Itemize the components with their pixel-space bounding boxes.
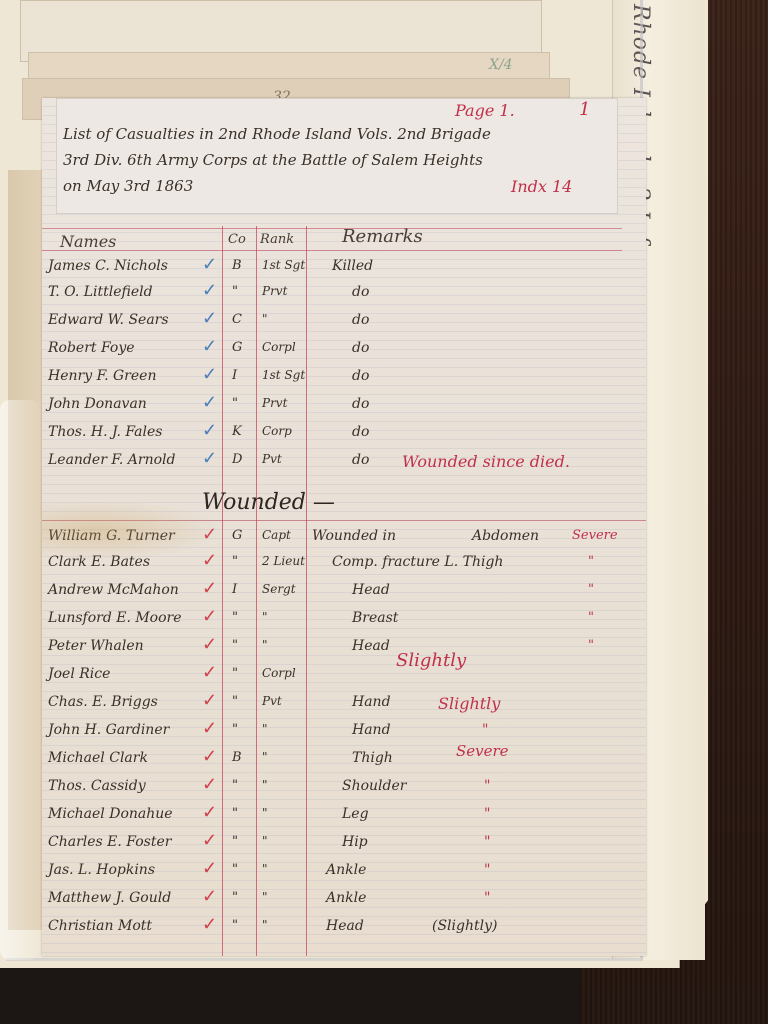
- checkmark-icon: ✓: [202, 606, 217, 627]
- soldier-name: Andrew McMahon: [48, 582, 179, 598]
- wounded-row: Christian Mott ✓ " " Head (Slightly): [42, 916, 646, 940]
- column-header-names: Names: [60, 232, 116, 251]
- wounded-row: Joel Rice ✓ " Corpl Slightly: [42, 664, 646, 688]
- company: ": [232, 284, 238, 299]
- document-title-block: Page 1. 1 List of Casualties in 2nd Rhod…: [56, 98, 618, 214]
- company: D: [232, 452, 242, 467]
- red-annotation: ": [484, 806, 490, 822]
- rank: Pvt: [262, 694, 282, 708]
- page-number: 1: [579, 99, 590, 120]
- severity: ": [588, 610, 594, 625]
- soldier-name: Lunsford E. Moore: [48, 610, 182, 626]
- killed-row: Edward W. Sears ✓ C " do: [42, 310, 646, 334]
- red-annotation: Wounded since died.: [402, 452, 570, 471]
- remark: Killed: [332, 258, 373, 274]
- checkmark-icon: ✓: [202, 774, 217, 795]
- company: ": [232, 694, 238, 709]
- rank: Corpl: [262, 340, 296, 354]
- company: ": [232, 638, 238, 653]
- remark: Head: [352, 638, 390, 654]
- severity: ": [588, 638, 594, 653]
- red-annotation: Severe: [456, 742, 509, 760]
- wounded-row: Peter Whalen ✓ " " Head ": [42, 636, 646, 660]
- remark: Comp. fracture L. Thigh: [332, 554, 503, 570]
- killed-row: Robert Foye ✓ G Corpl do: [42, 338, 646, 362]
- soldier-name: Joel Rice: [48, 666, 110, 682]
- checkmark-icon: ✓: [202, 746, 217, 767]
- remark: do: [352, 312, 369, 328]
- soldier-name: Matthew J. Gould: [48, 890, 171, 906]
- red-annotation: ": [484, 890, 490, 906]
- soldier-name: T. O. Littlefield: [48, 284, 153, 300]
- company: ": [232, 862, 238, 877]
- soldier-name: Robert Foye: [48, 340, 135, 356]
- company: G: [232, 528, 242, 543]
- title-line-3: on May 3rd 1863: [63, 177, 193, 195]
- remark: Head: [326, 918, 364, 934]
- severity: ": [588, 554, 594, 569]
- checkmark-icon: ✓: [202, 858, 217, 879]
- checkmark-icon: ✓: [202, 578, 217, 599]
- wounded-row: Michael Clark ✓ B " Thigh Severe: [42, 748, 646, 772]
- rank: ": [262, 918, 268, 932]
- remark: Leg: [342, 806, 369, 822]
- wounded-row: Michael Donahue ✓ " " Leg ": [42, 804, 646, 828]
- soldier-name: Charles E. Foster: [48, 834, 171, 850]
- remark: Shoulder: [342, 778, 406, 794]
- remark: do: [352, 284, 369, 300]
- rank: Pvt: [262, 452, 282, 466]
- title-line-2: 3rd Div. 6th Army Corps at the Battle of…: [63, 151, 483, 169]
- checkmark-icon: ✓: [202, 308, 217, 329]
- checkmark-icon: ✓: [202, 690, 217, 711]
- company: K: [232, 424, 242, 439]
- checkmark-icon: ✓: [202, 830, 217, 851]
- company: B: [232, 750, 242, 765]
- checkmark-icon: ✓: [202, 886, 217, 907]
- red-annotation: Slightly: [438, 694, 500, 713]
- rank: Corpl: [262, 666, 296, 680]
- soldier-name: Jas. L. Hopkins: [48, 862, 155, 878]
- wounded-row: Matthew J. Gould ✓ " " Ankle ": [42, 888, 646, 912]
- sleeve-glare: [0, 400, 40, 960]
- wounded-row: Jas. L. Hopkins ✓ " " Ankle ": [42, 860, 646, 884]
- wound-note: (Slightly): [432, 918, 497, 934]
- company: ": [232, 554, 238, 569]
- remark: Hand: [352, 722, 391, 738]
- red-annotation: ": [482, 722, 488, 738]
- checkmark-icon: ✓: [202, 634, 217, 655]
- company: ": [232, 396, 238, 411]
- index-note: Indx 14: [511, 177, 572, 196]
- checkmark-icon: ✓: [202, 448, 217, 469]
- killed-row: T. O. Littlefield ✓ " Prvt do: [42, 282, 646, 306]
- company: C: [232, 312, 242, 327]
- rank: Prvt: [262, 396, 287, 410]
- red-annotation: ": [484, 834, 490, 850]
- wounded-row: John H. Gardiner ✓ " " Hand ": [42, 720, 646, 744]
- checkmark-icon: ✓: [202, 420, 217, 441]
- soldier-name: Thos. H. J. Fales: [48, 424, 162, 440]
- rank: ": [262, 312, 268, 326]
- red-annotation: Slightly: [396, 650, 466, 671]
- killed-row: James C. Nichols ✓ B 1st Sgt Killed: [42, 256, 646, 280]
- remark: Hip: [342, 834, 368, 850]
- red-annotation: ": [484, 778, 490, 794]
- company: ": [232, 610, 238, 625]
- soldier-name: Thos. Cassidy: [48, 778, 146, 794]
- company: ": [232, 666, 238, 681]
- soldier-name: Christian Mott: [48, 918, 152, 934]
- rank: ": [262, 722, 268, 736]
- water-stain: [42, 500, 222, 560]
- wounded-row: Charles E. Foster ✓ " " Hip ": [42, 832, 646, 856]
- soldier-name: James C. Nichols: [48, 258, 168, 274]
- header-rule: [42, 228, 622, 229]
- wounded-row: Chas. E. Briggs ✓ " Pvt Hand Slightly: [42, 692, 646, 716]
- remark: do: [352, 368, 369, 384]
- company: ": [232, 834, 238, 849]
- company: I: [232, 368, 237, 383]
- remark: do: [352, 452, 369, 468]
- title-line-1: List of Casualties in 2nd Rhode Island V…: [63, 125, 491, 143]
- soldier-name: John H. Gardiner: [48, 722, 169, 738]
- column-header-rank: Rank: [260, 232, 294, 247]
- soldier-name: Michael Donahue: [48, 806, 173, 822]
- column-header-company: Co: [228, 232, 246, 247]
- checkmark-icon: ✓: [202, 914, 217, 935]
- rank: ": [262, 778, 268, 792]
- rank: 1st Sgt: [262, 258, 305, 272]
- soldier-name: Leander F. Arnold: [48, 452, 175, 468]
- rank: ": [262, 862, 268, 876]
- company: ": [232, 778, 238, 793]
- remark: Hand: [352, 694, 391, 710]
- checkmark-icon: ✓: [202, 392, 217, 413]
- killed-row: John Donavan ✓ " Prvt do: [42, 394, 646, 418]
- wound-location: Abdomen: [472, 528, 539, 544]
- rank: ": [262, 750, 268, 764]
- checkmark-icon: ✓: [202, 280, 217, 301]
- company: ": [232, 890, 238, 905]
- checkmark-icon: ✓: [202, 662, 217, 683]
- rank: ": [262, 834, 268, 848]
- wounded-row: Andrew McMahon ✓ I Sergt Head ": [42, 580, 646, 604]
- rank: ": [262, 638, 268, 652]
- checkmark-icon: ✓: [202, 718, 217, 739]
- red-annotation: ": [484, 862, 490, 878]
- remark: do: [352, 424, 369, 440]
- checkmark-icon: ✓: [202, 364, 217, 385]
- checkmark-icon: ✓: [202, 336, 217, 357]
- checkmark-icon: ✓: [202, 802, 217, 823]
- company: ": [232, 806, 238, 821]
- header-rule: [42, 250, 622, 251]
- rank: ": [262, 806, 268, 820]
- remark: Head: [352, 582, 390, 598]
- killed-row: Henry F. Green ✓ I 1st Sgt do: [42, 366, 646, 390]
- company: ": [232, 722, 238, 737]
- rank: Sergt: [262, 582, 296, 596]
- rank: 1st Sgt: [262, 368, 305, 382]
- remark: Ankle: [326, 890, 366, 906]
- remark: do: [352, 396, 369, 412]
- soldier-name: Peter Whalen: [48, 638, 144, 654]
- rank: Capt: [262, 528, 291, 542]
- company: I: [232, 582, 237, 597]
- remark: Ankle: [326, 862, 366, 878]
- soldier-name: Henry F. Green: [48, 368, 156, 384]
- wounded-row: Thos. Cassidy ✓ " " Shoulder ": [42, 776, 646, 800]
- page-marker: Page 1.: [455, 101, 515, 120]
- severity: ": [588, 582, 594, 597]
- soldier-name: John Donavan: [48, 396, 147, 412]
- soldier-name: Edward W. Sears: [48, 312, 169, 328]
- remark: Breast: [352, 610, 398, 626]
- killed-row: Thos. H. J. Fales ✓ K Corp do: [42, 422, 646, 446]
- rank: Prvt: [262, 284, 287, 298]
- dark-mat: [0, 968, 580, 1024]
- wounded-row: Lunsford E. Moore ✓ " " Breast ": [42, 608, 646, 632]
- remark: Thigh: [352, 750, 393, 766]
- killed-row: Leander F. Arnold ✓ D Pvt do Wounded sin…: [42, 450, 646, 474]
- remark: Wounded in: [312, 528, 396, 544]
- soldier-name: Michael Clark: [48, 750, 148, 766]
- company: G: [232, 340, 242, 355]
- soldier-name: Chas. E. Briggs: [48, 694, 158, 710]
- rank: 2 Lieut: [262, 554, 305, 568]
- checkmark-icon: ✓: [202, 254, 217, 275]
- rank: ": [262, 890, 268, 904]
- company: ": [232, 918, 238, 933]
- company: B: [232, 258, 242, 273]
- remark: do: [352, 340, 369, 356]
- column-header-remarks: Remarks: [342, 226, 423, 247]
- severity: Severe: [572, 528, 618, 543]
- rank: Corp: [262, 424, 292, 438]
- rank: ": [262, 610, 268, 624]
